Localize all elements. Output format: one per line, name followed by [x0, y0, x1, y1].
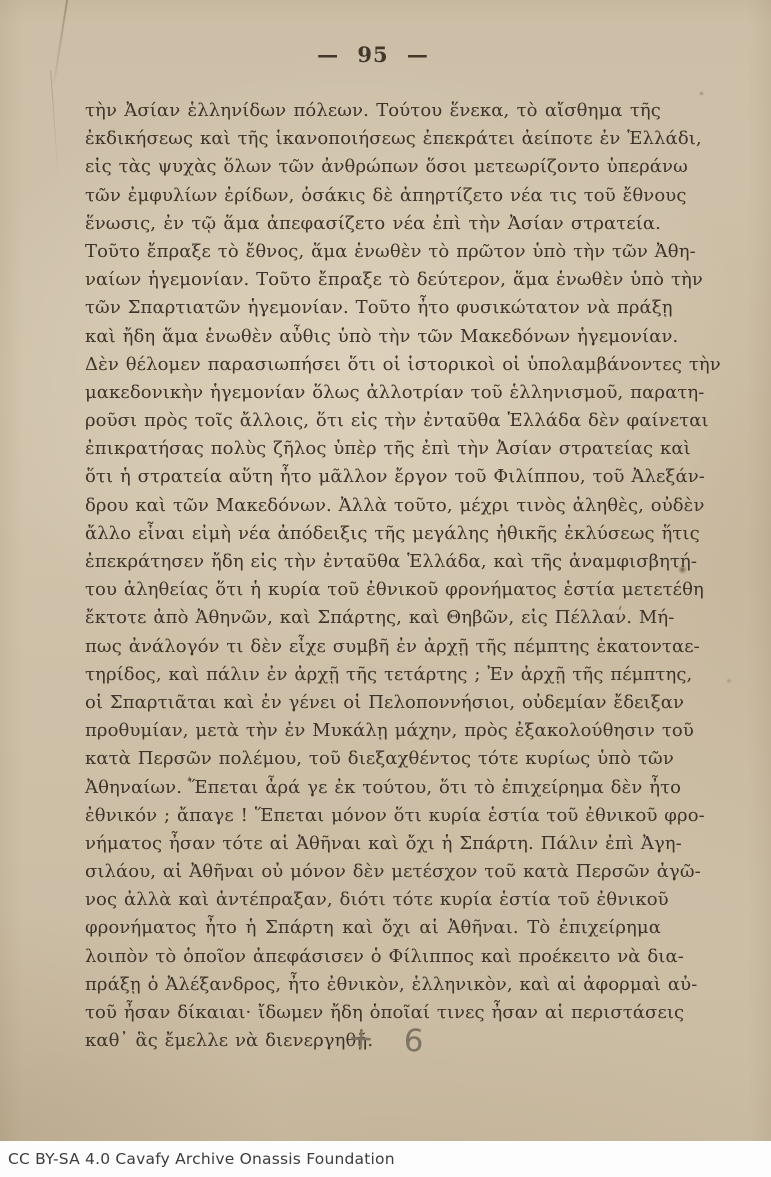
text-line: ἐπεκράτησεν ἤδη εἰς τὴν ἐνταῦθα Ἑλλάδα, …	[85, 548, 661, 576]
text-line: φρονήματος ἦτο ἡ Σπάρτη καὶ ὄχι αἱ Ἀθῆνα…	[85, 914, 661, 942]
text-line: ἐκδικήσεως καὶ τῆς ἱκανοποιήσεως ἐπεκράτ…	[85, 125, 661, 153]
text-line: Ἀθηναίων. Ἕπεται ἆρά γε ἐκ τούτου, ὅτι τ…	[85, 774, 661, 802]
text-line: Δὲν θέλομεν παρασιωπήσει ὅτι οἱ ἱστορικο…	[85, 351, 661, 379]
text-line: τῶν ἐμφυλίων ἐρίδων, ὁσάκις δὲ ἀπηρτίζετ…	[85, 182, 661, 210]
text-line: νος ἀλλὰ καὶ ἀντέπραξαν, διότι τότε κυρί…	[85, 886, 661, 914]
body-text: τὴν Ἀσίαν ἑλληνίδων πόλεων. Τούτου ἕνεκα…	[85, 97, 661, 1055]
text-line: οἱ Σπαρτιᾶται καὶ ἐν γένει οἱ Πελοποννήσ…	[85, 689, 661, 717]
text-line: πράξῃ ὁ Ἀλέξανδρος, ἦτο ἐθνικὸν, ἑλληνικ…	[85, 971, 661, 999]
text-line: τηρίδος, καὶ πάλιν ἐν ἀρχῇ τῆς τετάρτης …	[85, 661, 661, 689]
scanned-book-page: — 95 — τὴν Ἀσίαν ἑλληνίδων πόλεων. Τούτο…	[0, 0, 771, 1177]
page-number: — 95 —	[85, 42, 661, 67]
handwritten-note: + 6	[347, 1020, 434, 1060]
paper-stain	[726, 678, 732, 684]
text-line: μακεδονικὴν ἡγεμονίαν ὅλως ἀλλοτρίαν τοῦ…	[85, 379, 661, 407]
text-line: ἄλλο εἶναι εἰμὴ νέα ἀπόδειξις τῆς μεγάλη…	[85, 520, 661, 548]
text-line: κατὰ Περσῶν πολέμου, τοῦ διεξαχθέντος τό…	[85, 745, 661, 773]
text-line: δρου καὶ τῶν Μακεδόνων. Ἀλλὰ τοῦτο, μέχρ…	[85, 492, 661, 520]
text-line: προθυμίαν, μετὰ τὴν ἐν Μυκάλῃ μάχην, πρὸ…	[85, 717, 661, 745]
license-bar: CC BY-SA 4.0 Cavafy Archive Onassis Foun…	[0, 1141, 771, 1177]
text-line: ἐπικρατήσας πολὺς ζῆλος ὑπὲρ τῆς ἐπὶ τὴν…	[85, 435, 661, 463]
text-line: ὅτι ἡ στρατεία αὕτη ἦτο μᾶλλον ἔργον τοῦ…	[85, 463, 661, 491]
text-line: τὴν Ἀσίαν ἑλληνίδων πόλεων. Τούτου ἕνεκα…	[85, 97, 661, 125]
text-line: τῶν Σπαρτιατῶν ἡγεμονίαν. Τοῦτο ἦτο φυσι…	[85, 294, 661, 322]
text-line: σιλάου, αἱ Ἀθῆναι οὐ μόνον δὲν μετέσχον …	[85, 858, 661, 886]
text-line: λοιπὸν τὸ ὁποῖον ἀπεφάσισεν ὁ Φίλιππος κ…	[85, 943, 661, 971]
text-line: του ἀληθείας ὅτι ἡ κυρία τοῦ ἐθνικοῦ φρο…	[85, 576, 661, 604]
text-line: εἰς τὰς ψυχὰς ὅλων τῶν ἀνθρώπων ὅσοι μετ…	[85, 153, 661, 181]
text-line: πως ἀνάλογόν τι δὲν εἶχε συμβῆ ἐν ἀρχῇ τ…	[85, 633, 661, 661]
text-line: ἐθνικόν ; ἄπαγε ! Ἕπεται μόνον ὅτι κυρία…	[85, 802, 661, 830]
license-text: CC BY-SA 4.0 Cavafy Archive Onassis Foun…	[0, 1150, 395, 1168]
text-line: Τοῦτο ἔπραξε τὸ ἔθνος, ἅμα ἑνωθὲν τὸ πρῶ…	[85, 238, 661, 266]
text-line: ροῦσι πρὸς τοῖς ἄλλοις, ὅτι εἰς τὴν ἐντα…	[85, 407, 661, 435]
text-line: ναίων ἡγεμονίαν. Τοῦτο ἔπραξε τὸ δεύτερο…	[85, 266, 661, 294]
paper-stain	[699, 91, 704, 96]
text-line: νήματος ἦσαν τότε αἱ Ἀθῆναι καὶ ὄχι ἡ Σπ…	[85, 830, 661, 858]
text-line: ἔκτοτε ἀπὸ Ἀθηνῶν, καὶ Σπάρτης, καὶ Θηβῶ…	[85, 604, 661, 632]
text-line: καὶ ἤδη ἅμα ἑνωθὲν αὖθις ὑπὸ τὴν τῶν Μακ…	[85, 323, 661, 351]
text-line: ἕνωσις, ἐν τῷ ἅμα ἀπεφασίζετο νέα ἐπὶ τὴ…	[85, 210, 661, 238]
